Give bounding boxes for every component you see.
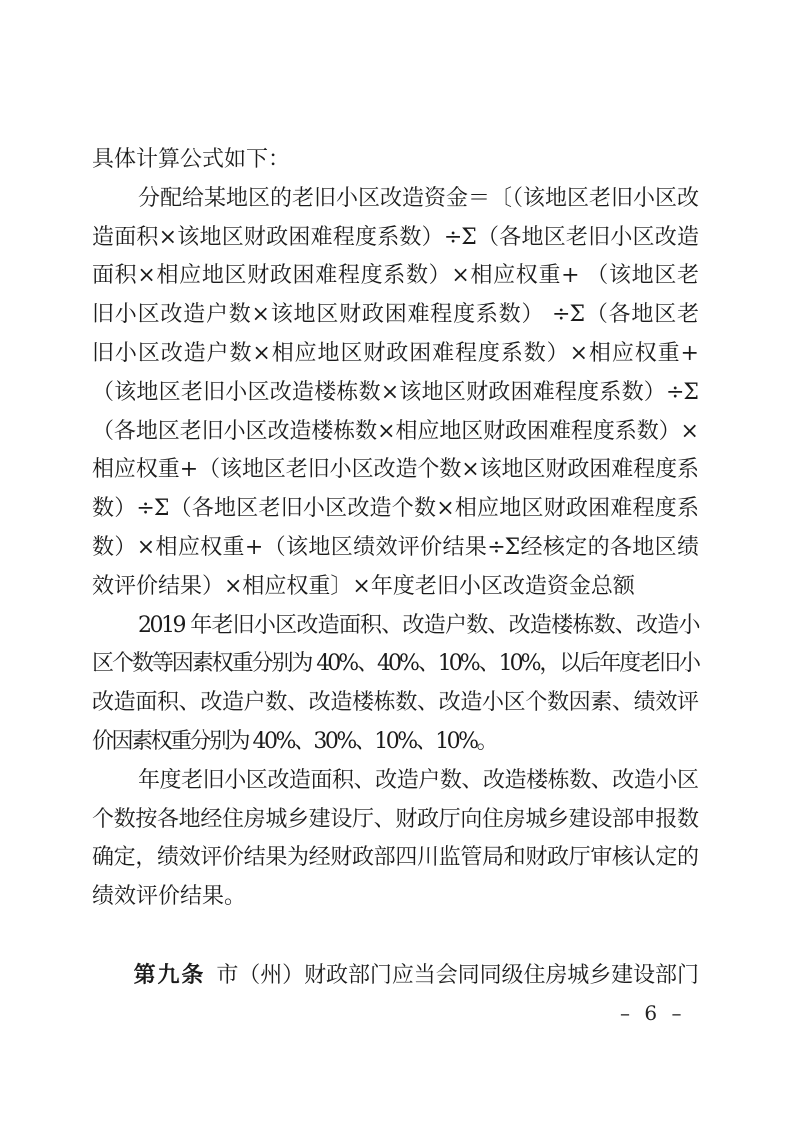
- text-line-formula: （该地区老旧小区改造楼栋数×该地区财政困难程度系数）÷Σ: [92, 374, 698, 413]
- document-body: 具体计算公式如下： 分配给某地区的老旧小区改造资金＝〔（该地区老旧小区改 造面积…: [92, 141, 698, 1034]
- text-line-formula: （各地区老旧小区改造楼栋数×相应地区财政困难程度系数）×: [92, 413, 698, 452]
- article-9-text: 市（州）财政部门应当会同同级住房城乡建设部门: [216, 963, 698, 988]
- text-line-article-9: 第九条市（州）财政部门应当会同同级住房城乡建设部门: [92, 917, 698, 1034]
- text-line-weights-end: 价因素权重分别为 40%、30%、10%、10%。: [92, 723, 698, 762]
- text-line-formula-end: 效评价结果）×相应权重〕×年度老旧小区改造资金总额: [92, 568, 698, 607]
- text-line-reporting-end: 绩效评价结果。: [92, 878, 698, 917]
- text-line-reporting: 确定，绩效评价结果为经财政部四川监管局和财政厅审核认定的: [92, 839, 698, 878]
- text-line-formula: 分配给某地区的老旧小区改造资金＝〔（该地区老旧小区改: [92, 180, 698, 219]
- text-line-reporting: 个数按各地经住房城乡建设厅、财政厅向住房城乡建设部申报数: [92, 801, 698, 840]
- text-line-formula: 造面积×该地区财政困难程度系数）÷Σ（各地区老旧小区改造: [92, 219, 698, 258]
- text-line-formula: 面积×相应地区财政困难程度系数）×相应权重+ （该地区老: [92, 257, 698, 296]
- article-9-label: 第九条: [134, 962, 206, 988]
- text-line-formula: 旧小区改造户数×相应地区财政困难程度系数）×相应权重+: [92, 335, 698, 374]
- text-line-formula: 数）×相应权重+（该地区绩效评价结果÷Σ经核定的各地区绩: [92, 529, 698, 568]
- text-line-formula: 相应权重+（该地区老旧小区改造个数×该地区财政困难程度系: [92, 451, 698, 490]
- text-line-reporting: 年度老旧小区改造面积、改造户数、改造楼栋数、改造小区: [92, 762, 698, 801]
- text-line-weights: 2019 年老旧小区改造面积、改造户数、改造楼栋数、改造小: [92, 607, 698, 646]
- text-line-weights: 改造面积、改造户数、改造楼栋数、改造小区个数因素、绩效评: [92, 684, 698, 723]
- text-line-formula: 旧小区改造户数×该地区财政困难程度系数） ÷Σ（各地区老: [92, 296, 698, 335]
- document-page: 具体计算公式如下： 分配给某地区的老旧小区改造资金＝〔（该地区老旧小区改 造面积…: [0, 0, 793, 1122]
- text-line-formula: 数）÷Σ（各地区老旧小区改造个数×相应地区财政困难程度系: [92, 490, 698, 529]
- text-line-weights: 区个数等因素权重分别为 40%、40%、10%、10%，以后年度老旧小: [92, 645, 698, 684]
- page-number: – 6 –: [620, 1001, 685, 1025]
- text-line-formula-intro: 具体计算公式如下：: [92, 141, 698, 180]
